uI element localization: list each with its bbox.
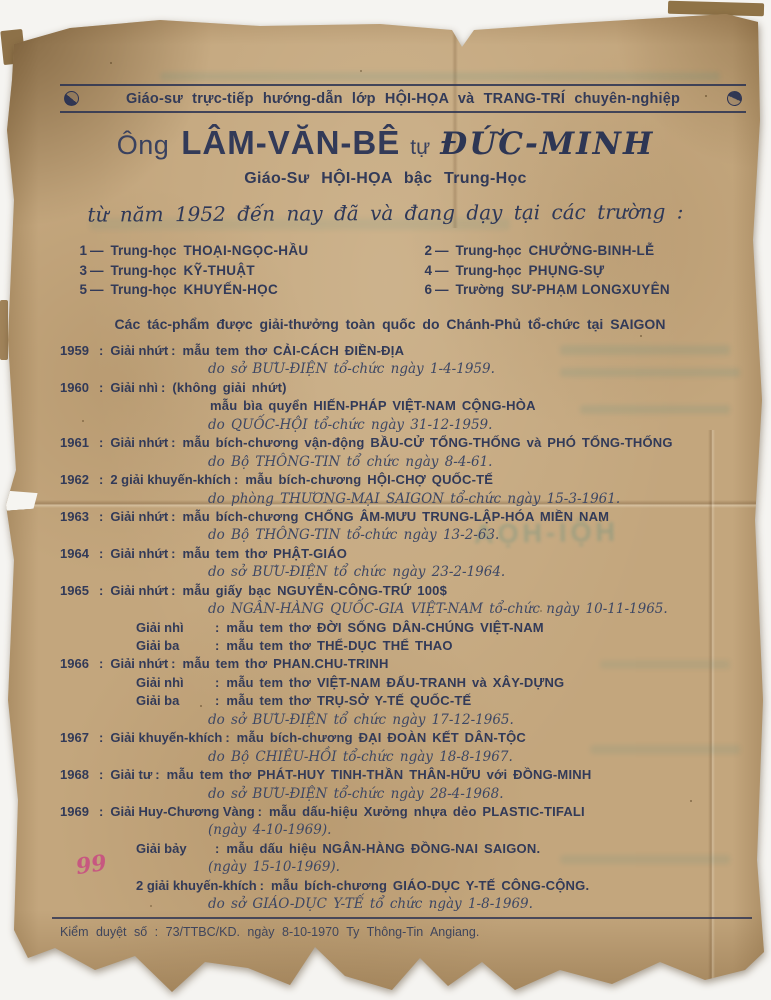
award-prize-label: Giải Huy-Chương Vàng xyxy=(110,804,254,819)
colon-separator: : xyxy=(171,343,175,358)
award-organizer-line: do sở BƯU-ĐIỆN tổ-chức ngày 28-4-1968. xyxy=(208,786,503,802)
award-description: (không giải nhứt) xyxy=(172,380,286,395)
award-year: 1963 xyxy=(60,509,96,524)
award-line: 1960:Giải nhì:(không giải nhứt) xyxy=(60,380,750,398)
award-line: 1965:Giải nhứt:mẫu giấy bạc NGUYỄN-CÔNG-… xyxy=(60,583,750,601)
colon-separator: : xyxy=(99,380,103,395)
award-line: 1969:Giải Huy-Chương Vàng:mẫu dấu-hiệu X… xyxy=(60,804,750,822)
banner-text: Giáo-sư trực-tiếp hướng-dẫn lớp HỘI-HỌA … xyxy=(126,91,680,107)
award-prize-label: Giải nhứt xyxy=(110,509,168,524)
award-prize-label: Giải nhứt xyxy=(110,583,168,598)
school-number: 6 xyxy=(420,282,432,297)
award-line: Giải ba:mẫu tem thơ THỂ-DỤC THỂ THAO xyxy=(60,638,750,656)
award-line: do sở BƯU-ĐIỆN tổ chức ngày 17-12-1965. xyxy=(60,712,750,730)
award-organizer-line: do Bộ CHIÊU-HỒI tổ-chức ngày 18-8-1967. xyxy=(208,749,513,765)
award-line: do Bộ THÔNG-TIN tổ-chức ngày 13-2-63. xyxy=(60,527,750,545)
title-subtitle: Giáo-Sư HỘI-HỌA bậc Trung-Học xyxy=(0,170,771,188)
award-description: mẫu tem thơ CẢI-CÁCH ĐIỀN-ĐỊA xyxy=(183,343,405,358)
title-honorific: Ông xyxy=(117,130,170,160)
award-description: mẫu tem thơ PHAN.CHU-TRINH xyxy=(183,656,389,671)
school-name: PHỤNG-SỰ xyxy=(529,263,605,278)
colon-separator: : xyxy=(99,656,103,671)
award-prize-label: Giải ba xyxy=(136,693,212,708)
colon-separator: : xyxy=(215,675,219,690)
scanned-document: HỘI-HỌA Giáo-sư trực-tiếp hướng-dẫn lớp … xyxy=(0,0,771,1000)
award-line: 1966:Giải nhứt:mẫu tem thơ PHAN.CHU-TRIN… xyxy=(60,656,750,674)
award-line: do phòng THƯƠNG-MẠI SAIGON tổ-chức ngày … xyxy=(60,491,750,509)
school-number: 1 xyxy=(75,243,87,258)
award-line: 1964:Giải nhứt:mẫu tem thơ PHẬT-GIÁO xyxy=(60,546,750,564)
school-name: THOẠI-NGỌC-HẦU xyxy=(184,243,309,258)
award-organizer-line: do sở GIÁO-DỤC Y-TẾ tổ chức ngày 1-8-196… xyxy=(208,896,533,912)
colon-separator: : xyxy=(215,620,219,635)
award-description: mẫu tem thơ THỂ-DỤC THỂ THAO xyxy=(226,638,452,653)
censorship-footer: Kiểm duyệt số : 73/TTBC/KD. ngày 8-10-19… xyxy=(60,925,479,939)
school-number: 4 xyxy=(420,263,432,278)
award-organizer-line: do Bộ THÔNG-TIN tổ chức ngày 8-4-61. xyxy=(208,454,492,470)
award-year: 1965 xyxy=(60,583,96,598)
school-item: 1—Trung-họcTHOẠI-NGỌC-HẦU xyxy=(75,243,420,263)
award-line: do sở BƯU-ĐIỆN tổ chức ngày 23-2-1964. xyxy=(60,564,750,582)
dash-separator: — xyxy=(90,263,104,278)
award-prize-label: Giải nhứt xyxy=(110,343,168,358)
handwritten-annotation: 99 xyxy=(74,850,108,880)
award-prize-label: Giải nhì xyxy=(110,380,158,395)
award-line: do sở GIÁO-DỤC Y-TẾ tổ chức ngày 1-8-196… xyxy=(60,896,750,914)
award-organizer-line: do NGÂN-HÀNG QUỐC-GIA VIỆT-NAM tổ-chức n… xyxy=(208,601,668,617)
colon-separator: : xyxy=(260,878,264,893)
award-year: 1969 xyxy=(60,804,96,819)
award-description: mẫu giấy bạc NGUYỄN-CÔNG-TRỨ 100$ xyxy=(183,583,448,598)
schools-column-left: 1—Trung-họcTHOẠI-NGỌC-HẦU3—Trung-họcKỸ-T… xyxy=(75,243,420,302)
award-line: 1963:Giải nhứt:mẫu bích-chương CHỐNG ÂM-… xyxy=(60,509,750,527)
document-title: ÔngLÂM-VĂN-BÊtựĐỨC-MINH xyxy=(0,124,771,162)
colon-separator: : xyxy=(225,730,229,745)
colon-separator: : xyxy=(215,693,219,708)
schools-column-right: 2—Trung-họcCHƯỞNG-BINH-LỄ4—Trung-họcPHỤN… xyxy=(420,243,735,302)
award-prize-label: Giải nhứt xyxy=(110,546,168,561)
colon-separator: : xyxy=(99,804,103,819)
award-year: 1959 xyxy=(60,343,96,358)
colon-separator: : xyxy=(234,472,238,487)
award-description: mẫu bích-chương ĐẠI ĐOÀN KẾT DÂN-TỘC xyxy=(237,730,526,745)
document-content: Giáo-sư trực-tiếp hướng-dẫn lớp HỘI-HỌA … xyxy=(0,0,771,1000)
award-line: do Bộ CHIÊU-HỒI tổ-chức ngày 18-8-1967. xyxy=(60,749,750,767)
school-item: 6—TrườngSƯ-PHẠM LONGXUYÊN xyxy=(420,282,735,302)
award-line: do NGÂN-HÀNG QUỐC-GIA VIỆT-NAM tổ-chức n… xyxy=(60,601,750,619)
school-type: Trung-học xyxy=(456,243,522,258)
footer-rule xyxy=(52,917,752,919)
award-description: mẫu tem thơ VIỆT-NAM ĐẤU-TRANH và XÂY-DỰ… xyxy=(226,675,564,690)
award-description: mẫu tem thơ PHÁT-HUY TINH-THẦN THÂN-HỮU … xyxy=(167,767,592,782)
banner-strip: Giáo-sư trực-tiếp hướng-dẫn lớp HỘI-HỌA … xyxy=(60,84,746,113)
award-description: mẫu bích-chương CHỐNG ÂM-MƯU TRUNG-LẬP-H… xyxy=(183,509,610,524)
award-description: mẫu bích-chương HỘI-CHỢ QUỐC-TẾ xyxy=(245,472,493,487)
award-line: 1968:Giải tư:mẫu tem thơ PHÁT-HUY TINH-T… xyxy=(60,767,750,785)
school-type: Trung-học xyxy=(111,243,177,258)
school-name: SƯ-PHẠM LONGXUYÊN xyxy=(511,282,670,297)
award-year: 1961 xyxy=(60,435,96,450)
award-year: 1967 xyxy=(60,730,96,745)
award-description: mẫu bích-chương GIÁO-DỤC Y-TẾ CÔNG-CỘNG. xyxy=(271,878,589,893)
school-number: 5 xyxy=(75,282,87,297)
colon-separator: : xyxy=(155,767,159,782)
award-description: mẫu tem thơ ĐỜI SỐNG DÂN-CHÚNG VIỆT-NAM xyxy=(226,620,543,635)
school-number: 3 xyxy=(75,263,87,278)
dash-separator: — xyxy=(435,263,449,278)
award-line: (ngày 15-10-1969). xyxy=(60,859,750,877)
award-year: 1960 xyxy=(60,380,96,395)
award-year: 1968 xyxy=(60,767,96,782)
school-item: 5—Trung-họcKHUYẾN-HỌC xyxy=(75,282,420,302)
school-type: Trung-học xyxy=(111,263,177,278)
colon-separator: : xyxy=(171,583,175,598)
award-line: (ngày 4-10-1969). xyxy=(60,822,750,840)
award-year: 1962 xyxy=(60,472,96,487)
colon-separator: : xyxy=(215,638,219,653)
award-prize-label: Giải khuyến-khích xyxy=(110,730,222,745)
dash-separator: — xyxy=(435,282,449,297)
award-description: mẫu bích-chương vận-động BẦU-CỬ TỔNG-THỐ… xyxy=(183,435,673,450)
award-line: 1962:2 giải khuyến-khích:mẫu bích-chương… xyxy=(60,472,750,490)
award-organizer-line: (ngày 15-10-1969). xyxy=(208,859,340,875)
colon-separator: : xyxy=(99,435,103,450)
colon-separator: : xyxy=(171,656,175,671)
award-description: mẫu dấu-hiệu Xưởng nhựa dẻo PLASTIC-TIFA… xyxy=(269,804,585,819)
colon-separator: : xyxy=(171,546,175,561)
awards-list: 1959:Giải nhứt:mẫu tem thơ CẢI-CÁCH ĐIỀN… xyxy=(60,343,750,915)
award-line: do QUỐC-HỘI tổ-chức ngày 31-12-1959. xyxy=(60,417,750,435)
award-line: 1967:Giải khuyến-khích:mẫu bích-chương Đ… xyxy=(60,730,750,748)
intro-script-line: từ năm 1952 đến nay đã và đang dạy tại c… xyxy=(0,199,771,227)
award-line: mẫu bìa quyển HIẾN-PHÁP VIỆT-NAM CỘNG-HÒ… xyxy=(60,398,750,416)
award-prize-label: Giải nhứt xyxy=(110,435,168,450)
school-type: Trung-học xyxy=(111,282,177,297)
colon-separator: : xyxy=(161,380,165,395)
award-organizer-line: (ngày 4-10-1969). xyxy=(208,822,331,838)
award-prize-label: 2 giải khuyến-khích xyxy=(110,472,231,487)
award-description: mẫu bìa quyển HIẾN-PHÁP VIỆT-NAM CỘNG-HÒ… xyxy=(210,398,536,413)
award-line: Giải nhì:mẫu tem thơ ĐỜI SỐNG DÂN-CHÚNG … xyxy=(60,620,750,638)
half-circle-icon xyxy=(725,89,743,107)
award-prize-label: Giải bảy xyxy=(136,841,212,856)
school-type: Trường xyxy=(456,282,505,297)
award-organizer-line: do sở BƯU-ĐIỆN tổ chức ngày 17-12-1965. xyxy=(208,712,514,728)
colon-separator: : xyxy=(258,804,262,819)
colon-separator: : xyxy=(215,841,219,856)
schools-list: 1—Trung-họcTHOẠI-NGỌC-HẦU3—Trung-họcKỸ-T… xyxy=(75,243,735,302)
award-line: do sở BƯU-ĐIỆN tổ-chức ngày 28-4-1968. xyxy=(60,786,750,804)
award-prize-label: Giải ba xyxy=(136,638,212,653)
school-name: KHUYẾN-HỌC xyxy=(184,282,279,297)
school-item: 2—Trung-họcCHƯỞNG-BINH-LỄ xyxy=(420,243,735,263)
award-line: Giải ba:mẫu tem thơ TRỤ-SỞ Y-TẾ QUỐC-TẾ xyxy=(60,693,750,711)
award-line: Giải bảy:mẫu dấu hiệu NGÂN-HÀNG ĐỒNG-NAI… xyxy=(60,841,750,859)
colon-separator: : xyxy=(171,435,175,450)
colon-separator: : xyxy=(99,546,103,561)
award-prize-label: Giải nhứt xyxy=(110,656,168,671)
award-organizer-line: do sở BƯU-ĐIỆN tổ chức ngày 23-2-1964. xyxy=(208,564,505,580)
award-line: 2 giải khuyến-khích:mẫu bích-chương GIÁO… xyxy=(60,878,750,896)
paper-shadow: HỘI-HỌA Giáo-sư trực-tiếp hướng-dẫn lớp … xyxy=(0,0,771,1000)
colon-separator: : xyxy=(99,509,103,524)
award-prize-label: 2 giải khuyến-khích xyxy=(136,878,257,893)
aged-paper-sheet: HỘI-HỌA Giáo-sư trực-tiếp hướng-dẫn lớp … xyxy=(0,0,771,1000)
award-prize-label: Giải nhì xyxy=(136,675,212,690)
school-type: Trung-học xyxy=(456,263,522,278)
dash-separator: — xyxy=(435,243,449,258)
title-alias: ĐỨC-MINH xyxy=(440,126,654,162)
award-line: 1959:Giải nhứt:mẫu tem thơ CẢI-CÁCH ĐIỀN… xyxy=(60,343,750,361)
award-description: mẫu dấu hiệu NGÂN-HÀNG ĐỒNG-NAI SAIGON. xyxy=(226,841,540,856)
award-line: 1961:Giải nhứt:mẫu bích-chương vận-động … xyxy=(60,435,750,453)
colon-separator: : xyxy=(99,343,103,358)
award-organizer-line: do QUỐC-HỘI tổ-chức ngày 31-12-1959. xyxy=(208,417,492,433)
school-name: KỸ-THUẬT xyxy=(184,263,255,278)
school-number: 2 xyxy=(420,243,432,258)
award-line: do sở BƯU-ĐIỆN tổ-chức ngày 1-4-1959. xyxy=(60,361,750,379)
award-prize-label: Giải nhì xyxy=(136,620,212,635)
award-year: 1966 xyxy=(60,656,96,671)
school-name: CHƯỞNG-BINH-LỄ xyxy=(529,243,655,258)
half-circle-icon xyxy=(64,91,79,106)
title-alias-connector: tự xyxy=(410,136,430,159)
colon-separator: : xyxy=(99,730,103,745)
awards-heading: Các tác-phẩm được giải-thưởng toàn quốc … xyxy=(55,316,725,332)
dash-separator: — xyxy=(90,282,104,297)
colon-separator: : xyxy=(171,509,175,524)
award-organizer-line: do sở BƯU-ĐIỆN tổ-chức ngày 1-4-1959. xyxy=(208,361,495,377)
school-item: 4—Trung-họcPHỤNG-SỰ xyxy=(420,263,735,283)
title-name: LÂM-VĂN-BÊ xyxy=(181,124,400,161)
award-description: mẫu tem thơ TRỤ-SỞ Y-TẾ QUỐC-TẾ xyxy=(226,693,471,708)
award-description: mẫu tem thơ PHẬT-GIÁO xyxy=(183,546,348,561)
school-item: 3—Trung-họcKỸ-THUẬT xyxy=(75,263,420,283)
colon-separator: : xyxy=(99,472,103,487)
award-prize-label: Giải tư xyxy=(110,767,152,782)
dash-separator: — xyxy=(90,243,104,258)
award-line: do Bộ THÔNG-TIN tổ chức ngày 8-4-61. xyxy=(60,454,750,472)
colon-separator: : xyxy=(99,767,103,782)
award-year: 1964 xyxy=(60,546,96,561)
award-organizer-line: do phòng THƯƠNG-MẠI SAIGON tổ-chức ngày … xyxy=(208,491,620,507)
colon-separator: : xyxy=(99,583,103,598)
award-organizer-line: do Bộ THÔNG-TIN tổ-chức ngày 13-2-63. xyxy=(208,527,499,543)
award-line: Giải nhì:mẫu tem thơ VIỆT-NAM ĐẤU-TRANH … xyxy=(60,675,750,693)
